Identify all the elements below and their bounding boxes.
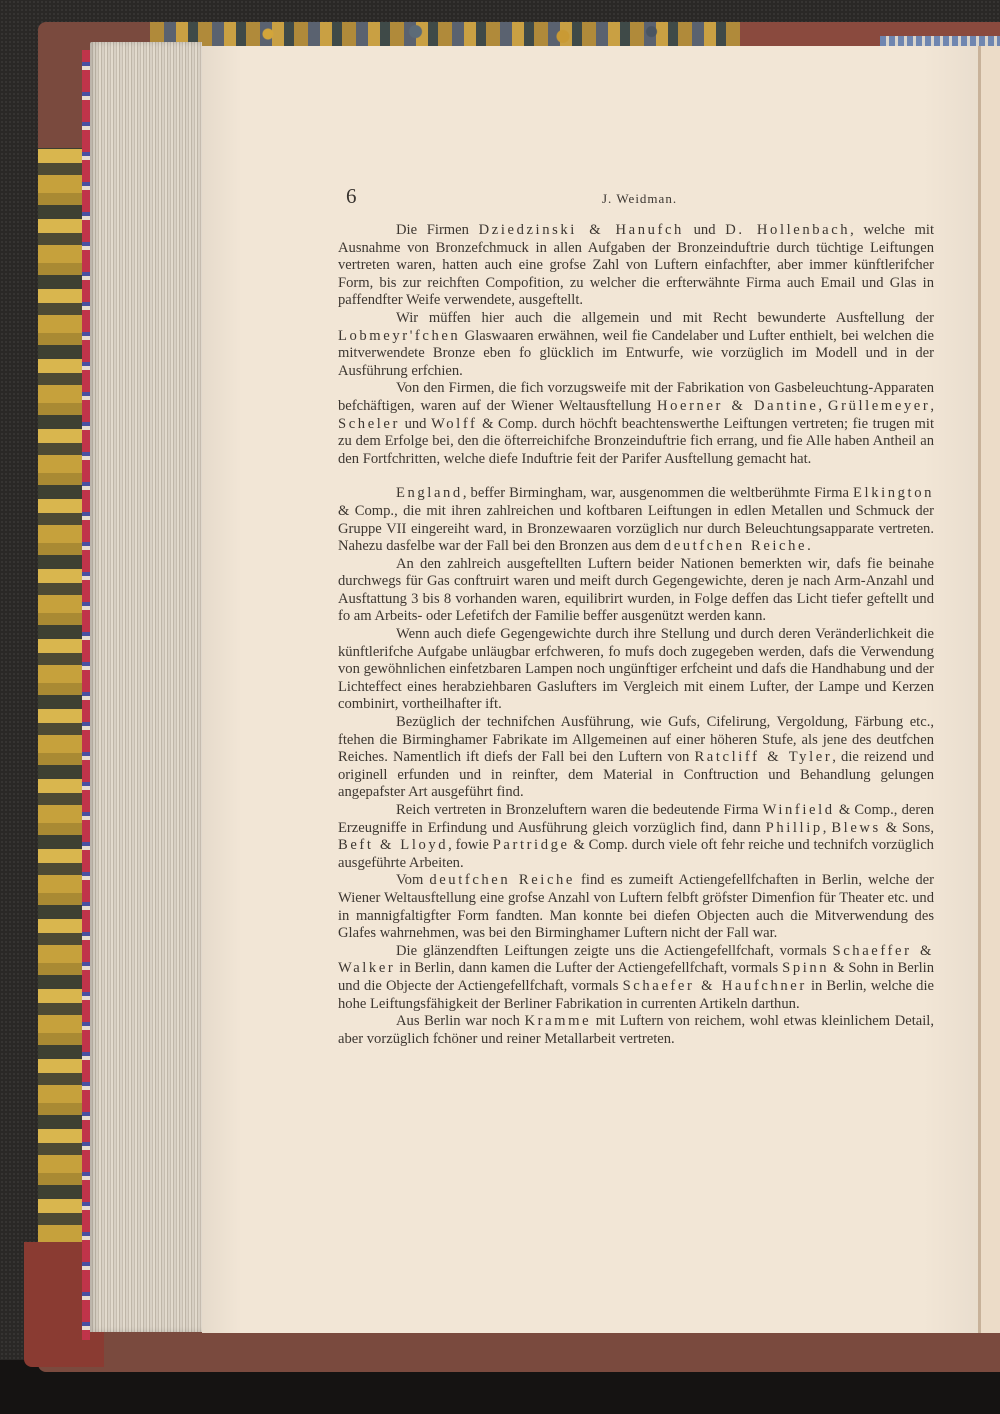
facing-page-edge (981, 46, 1000, 1333)
running-head: J. Weidman. (602, 191, 677, 207)
body-text: Die Firmen Dziedzinski & Hanufch und D. … (338, 222, 934, 1048)
text-run: Wenn auch diefe Gegengewichte durch ihre… (338, 626, 934, 712)
page-number: 6 (346, 184, 357, 209)
marbled-cover-left (38, 148, 82, 1243)
spaced-name: Wolff (431, 416, 477, 432)
text-run: Aus Berlin war noch (396, 1013, 524, 1029)
text-run: Die Firmen (396, 222, 479, 238)
paragraph: Die glänzendften Leiftungen zeigte uns d… (338, 943, 934, 1013)
paragraph: Reich vertreten in Bronzeluftern waren d… (338, 802, 934, 872)
text-run: . (807, 538, 811, 554)
marbled-cover-top (150, 22, 740, 46)
spaced-name: Kramme (524, 1013, 591, 1029)
text-run: Wir müffen hier auch die allgemein und m… (396, 310, 934, 326)
spaced-name: Dziedzinski & Hanufch (479, 222, 684, 238)
paragraph: Vom deutfchen Reiche find es zumeift Act… (338, 872, 934, 942)
text-run: , (818, 398, 828, 414)
page-edges-stack (90, 42, 202, 1332)
paragraph: England, beffer Birmingham, war, ausgeno… (338, 485, 934, 555)
text-run: in Berlin, dann kamen die Lufter der Act… (395, 960, 782, 976)
text-run: , (930, 398, 934, 414)
text-run: und (684, 222, 725, 238)
spaced-name: Hoerner & Dantine (657, 398, 818, 414)
spaced-name: Beft & Lloyd (338, 837, 448, 853)
text-run: An den zahlreich ausgeftellten Luftern b… (338, 556, 934, 625)
spaced-name: deutfchen Reiche (429, 872, 575, 888)
spaced-name: Grüllemeyer (828, 398, 930, 414)
text-run: Reich vertreten in Bronzeluftern waren d… (396, 802, 763, 818)
spaced-name: Winfield (763, 802, 835, 818)
spaced-name: Phillip (766, 820, 823, 836)
paragraph: Wir müffen hier auch die allgemein und m… (338, 310, 934, 380)
text-run: & Sons, (881, 820, 934, 836)
spaced-name: Blews (831, 820, 880, 836)
spaced-name: Scheler (338, 416, 400, 432)
spaced-name: Schaefer & Haufchner (623, 978, 807, 994)
spaced-name: England (396, 485, 463, 501)
text-run: & Comp., die mit ihren zahlreichen und k… (338, 503, 934, 554)
paragraph: Wenn auch diefe Gegengewichte durch ihre… (338, 626, 934, 714)
text-run: Vom (396, 872, 429, 888)
text-run: und (400, 416, 431, 432)
spaced-name: Elkington (853, 485, 934, 501)
spaced-name: deutfchen Reiche (664, 538, 807, 554)
paragraph: Aus Berlin war noch Kramme mit Luftern v… (338, 1013, 934, 1048)
paragraph: An den zahlreich ausgeftellten Luftern b… (338, 556, 934, 626)
paragraph: Die Firmen Dziedzinski & Hanufch und D. … (338, 222, 934, 310)
spaced-name: Partridge (493, 837, 570, 853)
spaced-name: Spinn (782, 960, 829, 976)
spaced-name: D. Hollenbach (725, 222, 850, 238)
headband-left (82, 50, 90, 1340)
text-run: Die glänzendften Leiftungen zeigte uns d… (396, 943, 833, 959)
text-run: , fowie (448, 837, 493, 853)
paragraph: Von den Firmen, die fich vorzugsweife mi… (338, 380, 934, 468)
spaced-name: Ratcliff & Tyler (694, 749, 832, 765)
paragraph: Bezüglich der technifchen Ausführung, wi… (338, 714, 934, 802)
spaced-name: Lobmeyr'fchen (338, 328, 460, 344)
text-run: , beffer Birmingham, war, ausgenommen di… (463, 485, 853, 501)
